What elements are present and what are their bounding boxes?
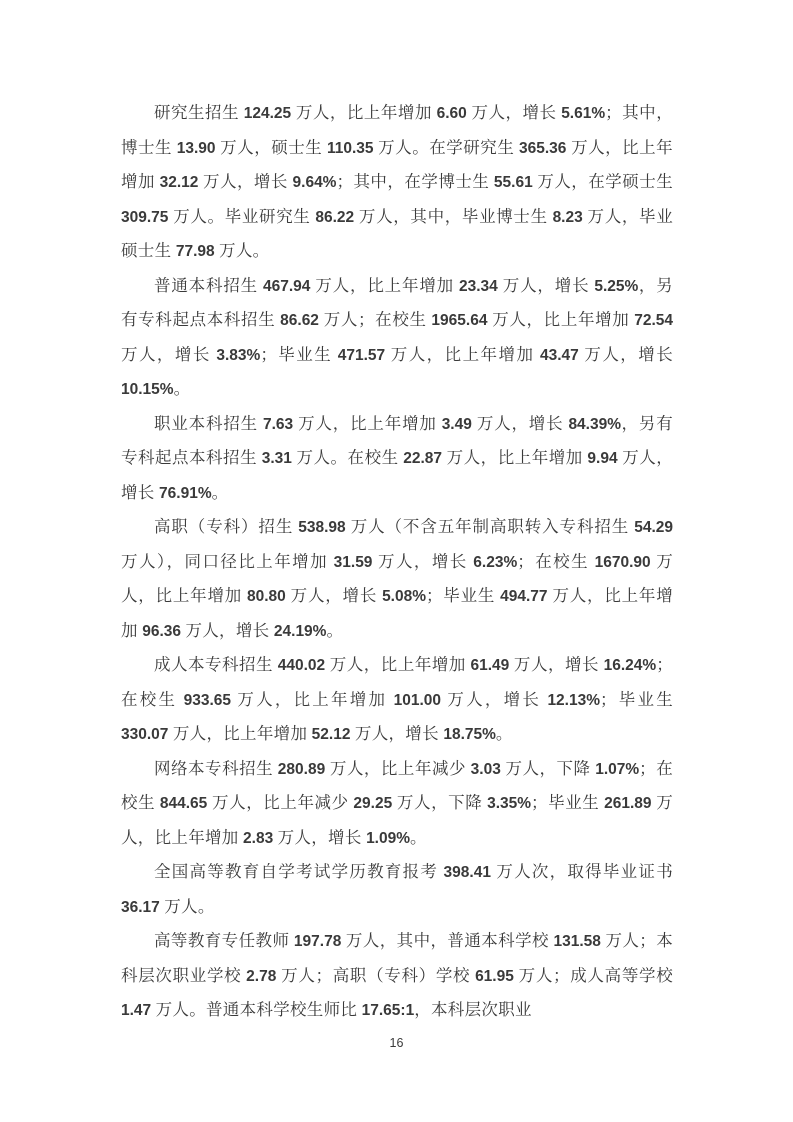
numeric-value: 1670.90 [595, 554, 651, 571]
numeric-value: 61.95 [475, 968, 514, 985]
numeric-value: 8.23 [553, 209, 583, 226]
numeric-value: 1965.64 [431, 312, 487, 329]
paragraph-3: 职业本科招生 7.63 万人，比上年增加 3.49 万人，增长 84.39%，另… [121, 407, 673, 511]
paragraph-5: 成人本专科招生 440.02 万人，比上年增加 61.49 万人，增长 16.2… [121, 648, 673, 752]
numeric-value: 17.65:1 [362, 1002, 415, 1019]
numeric-value: 32.12 [160, 174, 199, 191]
numeric-value: 1.47 [121, 1002, 151, 1019]
numeric-value: 12.13% [547, 692, 600, 709]
numeric-value: 3.83% [216, 347, 260, 364]
numeric-value: 16.24% [604, 657, 657, 674]
numeric-value: 101.00 [394, 692, 441, 709]
numeric-value: 1.09% [366, 830, 410, 847]
numeric-value: 309.75 [121, 209, 168, 226]
numeric-value: 6.23% [473, 554, 517, 571]
document-page: 研究生招生 124.25 万人，比上年增加 6.60 万人，增长 5.61%；其… [0, 0, 793, 1122]
numeric-value: 24.19% [274, 623, 327, 640]
numeric-value: 29.25 [353, 795, 392, 812]
numeric-value: 933.65 [184, 692, 231, 709]
paragraph-1: 研究生招生 124.25 万人，比上年增加 6.60 万人，增长 5.61%；其… [121, 96, 673, 269]
paragraph-6: 网络本专科招生 280.89 万人，比上年减少 3.03 万人，下降 1.07%… [121, 752, 673, 856]
numeric-value: 55.61 [494, 174, 533, 191]
numeric-value: 330.07 [121, 726, 168, 743]
numeric-value: 494.77 [500, 588, 547, 605]
paragraph-2: 普通本科招生 467.94 万人，比上年增加 23.34 万人，增长 5.25%… [121, 269, 673, 407]
numeric-value: 61.49 [471, 657, 510, 674]
numeric-value: 10.15% [121, 381, 174, 398]
numeric-value: 84.39% [568, 416, 621, 433]
numeric-value: 96.36 [142, 623, 181, 640]
numeric-value: 9.94 [587, 450, 617, 467]
numeric-value: 80.80 [247, 588, 286, 605]
body-text: 研究生招生 124.25 万人，比上年增加 6.60 万人，增长 5.61%；其… [121, 96, 673, 1028]
numeric-value: 280.89 [278, 761, 325, 778]
numeric-value: 7.63 [263, 416, 293, 433]
numeric-value: 86.62 [280, 312, 319, 329]
numeric-value: 86.22 [315, 209, 354, 226]
numeric-value: 538.98 [298, 519, 345, 536]
numeric-value: 13.90 [177, 140, 216, 157]
numeric-value: 124.25 [244, 105, 291, 122]
numeric-value: 72.54 [634, 312, 673, 329]
numeric-value: 5.25% [594, 278, 638, 295]
numeric-value: 365.36 [519, 140, 566, 157]
numeric-value: 54.29 [634, 519, 673, 536]
numeric-value: 5.61% [561, 105, 605, 122]
numeric-value: 76.91% [159, 485, 212, 502]
numeric-value: 471.57 [338, 347, 385, 364]
numeric-value: 131.58 [553, 933, 600, 950]
numeric-value: 23.34 [459, 278, 498, 295]
paragraph-7: 全国高等教育自学考试学历教育报考 398.41 万人次，取得毕业证书 36.17… [121, 855, 673, 924]
numeric-value: 110.35 [327, 140, 374, 157]
numeric-value: 1.07% [595, 761, 639, 778]
numeric-value: 3.03 [471, 761, 501, 778]
numeric-value: 261.89 [604, 795, 651, 812]
numeric-value: 77.98 [176, 243, 215, 260]
numeric-value: 398.41 [444, 864, 491, 881]
numeric-value: 197.78 [294, 933, 341, 950]
numeric-value: 36.17 [121, 899, 160, 916]
numeric-value: 2.78 [246, 968, 276, 985]
numeric-value: 844.65 [160, 795, 207, 812]
numeric-value: 18.75% [443, 726, 496, 743]
numeric-value: 5.08% [382, 588, 426, 605]
numeric-value: 3.35% [487, 795, 531, 812]
numeric-value: 3.31 [262, 450, 292, 467]
numeric-value: 52.12 [312, 726, 351, 743]
numeric-value: 467.94 [263, 278, 310, 295]
numeric-value: 6.60 [437, 105, 467, 122]
numeric-value: 440.02 [278, 657, 325, 674]
numeric-value: 3.49 [442, 416, 472, 433]
numeric-value: 31.59 [334, 554, 373, 571]
numeric-value: 2.83 [243, 830, 273, 847]
page-number: 16 [0, 1036, 793, 1050]
paragraph-8: 高等教育专任教师 197.78 万人，其中，普通本科学校 131.58 万人；本… [121, 924, 673, 1028]
paragraph-4: 高职（专科）招生 538.98 万人（不含五年制高职转入专科招生 54.29 万… [121, 510, 673, 648]
numeric-value: 9.64% [293, 174, 337, 191]
numeric-value: 43.47 [540, 347, 579, 364]
numeric-value: 22.87 [403, 450, 442, 467]
